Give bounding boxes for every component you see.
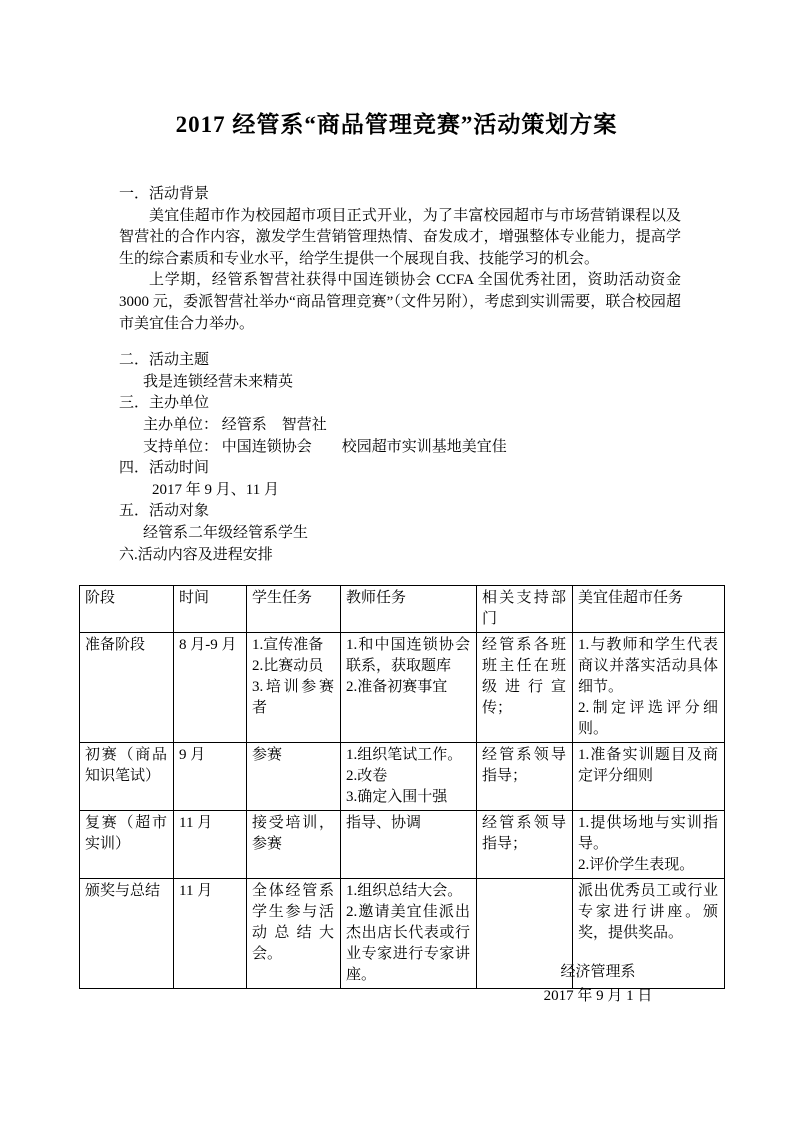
section-3-heading: 三．主办单位 (119, 393, 681, 415)
header-cell-time: 时间 (174, 586, 247, 633)
table-header-row: 阶段 时间 学生任务 教师任务 相关支持部门 美宜佳超市任务 (80, 586, 725, 633)
cell-time: 11 月 (174, 879, 247, 989)
cell-line: 1.组织笔试工作。 (346, 745, 470, 766)
cell-line: 颁奖与总结 (85, 881, 167, 902)
section-4-time-line: 2017 年 9 月、11 月 (152, 480, 681, 502)
cell-stage: 复赛（超市实训） (80, 811, 174, 879)
section-1-paragraph-2: 上学期，经管系智营社获得中国连锁协会 CCFA 全国优秀社团，资助活动资金 30… (119, 270, 681, 335)
cell-student-tasks: 1.宣传准备 2.比赛动员 3.培训参赛者 (247, 633, 341, 743)
table-row: 准备阶段 8 月-9 月 1.宣传准备 2.比赛动员 3.培训参赛者 1.和中国… (80, 633, 725, 743)
document-body: 一．活动背景 美宜佳超市作为校园超市项目正式开业，为了丰富校园超市与市场营销课程… (119, 184, 681, 566)
cell-line: 准备阶段 (85, 635, 167, 656)
cell-line: 全体经管系学生参与活动总结大会。 (252, 881, 334, 965)
table-row: 初赛（商品知识笔试） 9 月 参赛 1.组织笔试工作。 2.改卷 3.确定入围十… (80, 743, 725, 811)
cell-teacher-tasks: 1.和中国连锁协会联系，获取题库 2.准备初赛事宜 (341, 633, 477, 743)
section-2-heading: 二．活动主题 (119, 350, 681, 372)
cell-support-dept: 经管系领导指导； (477, 811, 573, 879)
section-2-line: 我是连锁经营未来精英 (143, 372, 681, 394)
cell-student-tasks: 全体经管系学生参与活动总结大会。 (247, 879, 341, 989)
cell-student-tasks: 参赛 (247, 743, 341, 811)
section-4-heading: 四．活动时间 (119, 458, 681, 480)
cell-line: 1.准备实训题目及商定评分细则 (578, 745, 718, 787)
cell-time: 8 月-9 月 (174, 633, 247, 743)
cell-line: 经管系领导指导； (482, 745, 566, 787)
header-cell-teacher-tasks: 教师任务 (341, 586, 477, 633)
signature-department: 经济管理系 (478, 960, 718, 984)
cell-line: 1.组织总结大会。 (346, 881, 470, 902)
cell-market-tasks: 1.准备实训题目及商定评分细则 (573, 743, 725, 811)
cell-line: 2.制定评选评分细则。 (578, 698, 718, 740)
cell-line: 接受培训，参赛 (252, 813, 334, 855)
cell-line: 1.与教师和学生代表商议并落实活动具体细节。 (578, 635, 718, 698)
cell-line: 指导、协调 (346, 813, 470, 834)
cell-support-dept: 经管系各班班主任在班级进行宣传； (477, 633, 573, 743)
header-cell-stage: 阶段 (80, 586, 174, 633)
table-row: 复赛（超市实训） 11 月 接受培训，参赛 指导、协调 经管系领导指导； 1.提… (80, 811, 725, 879)
cell-market-tasks: 1.提供场地与实训指导。 2.评价学生表现。 (573, 811, 725, 879)
cell-line: 1.提供场地与实训指导。 (578, 813, 718, 855)
header-cell-support-dept: 相关支持部门 (477, 586, 573, 633)
cell-line: 2.改卷 (346, 766, 470, 787)
cell-line: 11 月 (179, 813, 240, 834)
cell-market-tasks: 1.与教师和学生代表商议并落实活动具体细节。 2.制定评选评分细则。 (573, 633, 725, 743)
cell-teacher-tasks: 1.组织总结大会。 2.邀请美宜佳派出杰出店长代表或行业专家进行专家讲座。 (341, 879, 477, 989)
cell-line: 8 月-9 月 (179, 635, 240, 656)
cell-line: 2.比赛动员 (252, 656, 334, 677)
cell-support-dept: 经管系领导指导； (477, 743, 573, 811)
section-3-supporter-line: 支持单位： 中国连锁协会 校园超市实训基地美宜佳 (143, 437, 681, 459)
cell-line: 1.宣传准备 (252, 635, 334, 656)
cell-line: 3.培训参赛者 (252, 677, 334, 719)
cell-time: 9 月 (174, 743, 247, 811)
document-page: 2017 经管系“商品管理竞赛”活动策划方案 一．活动背景 美宜佳超市作为校园超… (0, 0, 793, 1122)
document-title: 2017 经管系“商品管理竞赛”活动策划方案 (0, 106, 793, 139)
cell-time: 11 月 (174, 811, 247, 879)
header-cell-market-tasks: 美宜佳超市任务 (573, 586, 725, 633)
cell-line: 1.和中国连锁协会联系，获取题库 (346, 635, 470, 677)
cell-teacher-tasks: 指导、协调 (341, 811, 477, 879)
cell-student-tasks: 接受培训，参赛 (247, 811, 341, 879)
section-3-organizer-line: 主办单位： 经管系 智营社 (143, 415, 681, 437)
section-1-heading: 一．活动背景 (119, 184, 681, 206)
cell-line: 9 月 (179, 745, 240, 766)
cell-line: 参赛 (252, 745, 334, 766)
cell-line: 派出优秀员工或行业专家进行讲座。颁奖，提供奖品。 (578, 881, 718, 944)
cell-line: 初赛（商品知识笔试） (85, 745, 167, 787)
cell-stage: 准备阶段 (80, 633, 174, 743)
section-5-heading: 五．活动对象 (119, 501, 681, 523)
cell-stage: 颁奖与总结 (80, 879, 174, 989)
section-1-paragraph-1: 美宜佳超市作为校园超市项目正式开业，为了丰富校园超市与市场营销课程以及智营社的合… (119, 206, 681, 271)
header-cell-student-tasks: 学生任务 (247, 586, 341, 633)
cell-line: 复赛（超市实训） (85, 813, 167, 855)
cell-line: 经管系各班班主任在班级进行宣传； (482, 635, 566, 719)
signature-block: 经济管理系 2017 年 9 月 1 日 (478, 960, 718, 1008)
cell-line: 2.评价学生表现。 (578, 855, 718, 876)
schedule-table: 阶段 时间 学生任务 教师任务 相关支持部门 美宜佳超市任务 准备阶段 8 月-… (79, 585, 725, 989)
cell-line: 经管系领导指导； (482, 813, 566, 855)
section-6-heading: 六.活动内容及进程安排 (119, 545, 681, 567)
cell-line: 3.确定入围十强 (346, 787, 470, 808)
cell-line: 2.准备初赛事宜 (346, 677, 470, 698)
section-5-audience-line: 经管系二年级经管系学生 (143, 523, 681, 545)
cell-teacher-tasks: 1.组织笔试工作。 2.改卷 3.确定入围十强 (341, 743, 477, 811)
cell-line: 2.邀请美宜佳派出杰出店长代表或行业专家进行专家讲座。 (346, 902, 470, 986)
signature-date: 2017 年 9 月 1 日 (478, 984, 718, 1008)
cell-line: 11 月 (179, 881, 240, 902)
cell-stage: 初赛（商品知识笔试） (80, 743, 174, 811)
